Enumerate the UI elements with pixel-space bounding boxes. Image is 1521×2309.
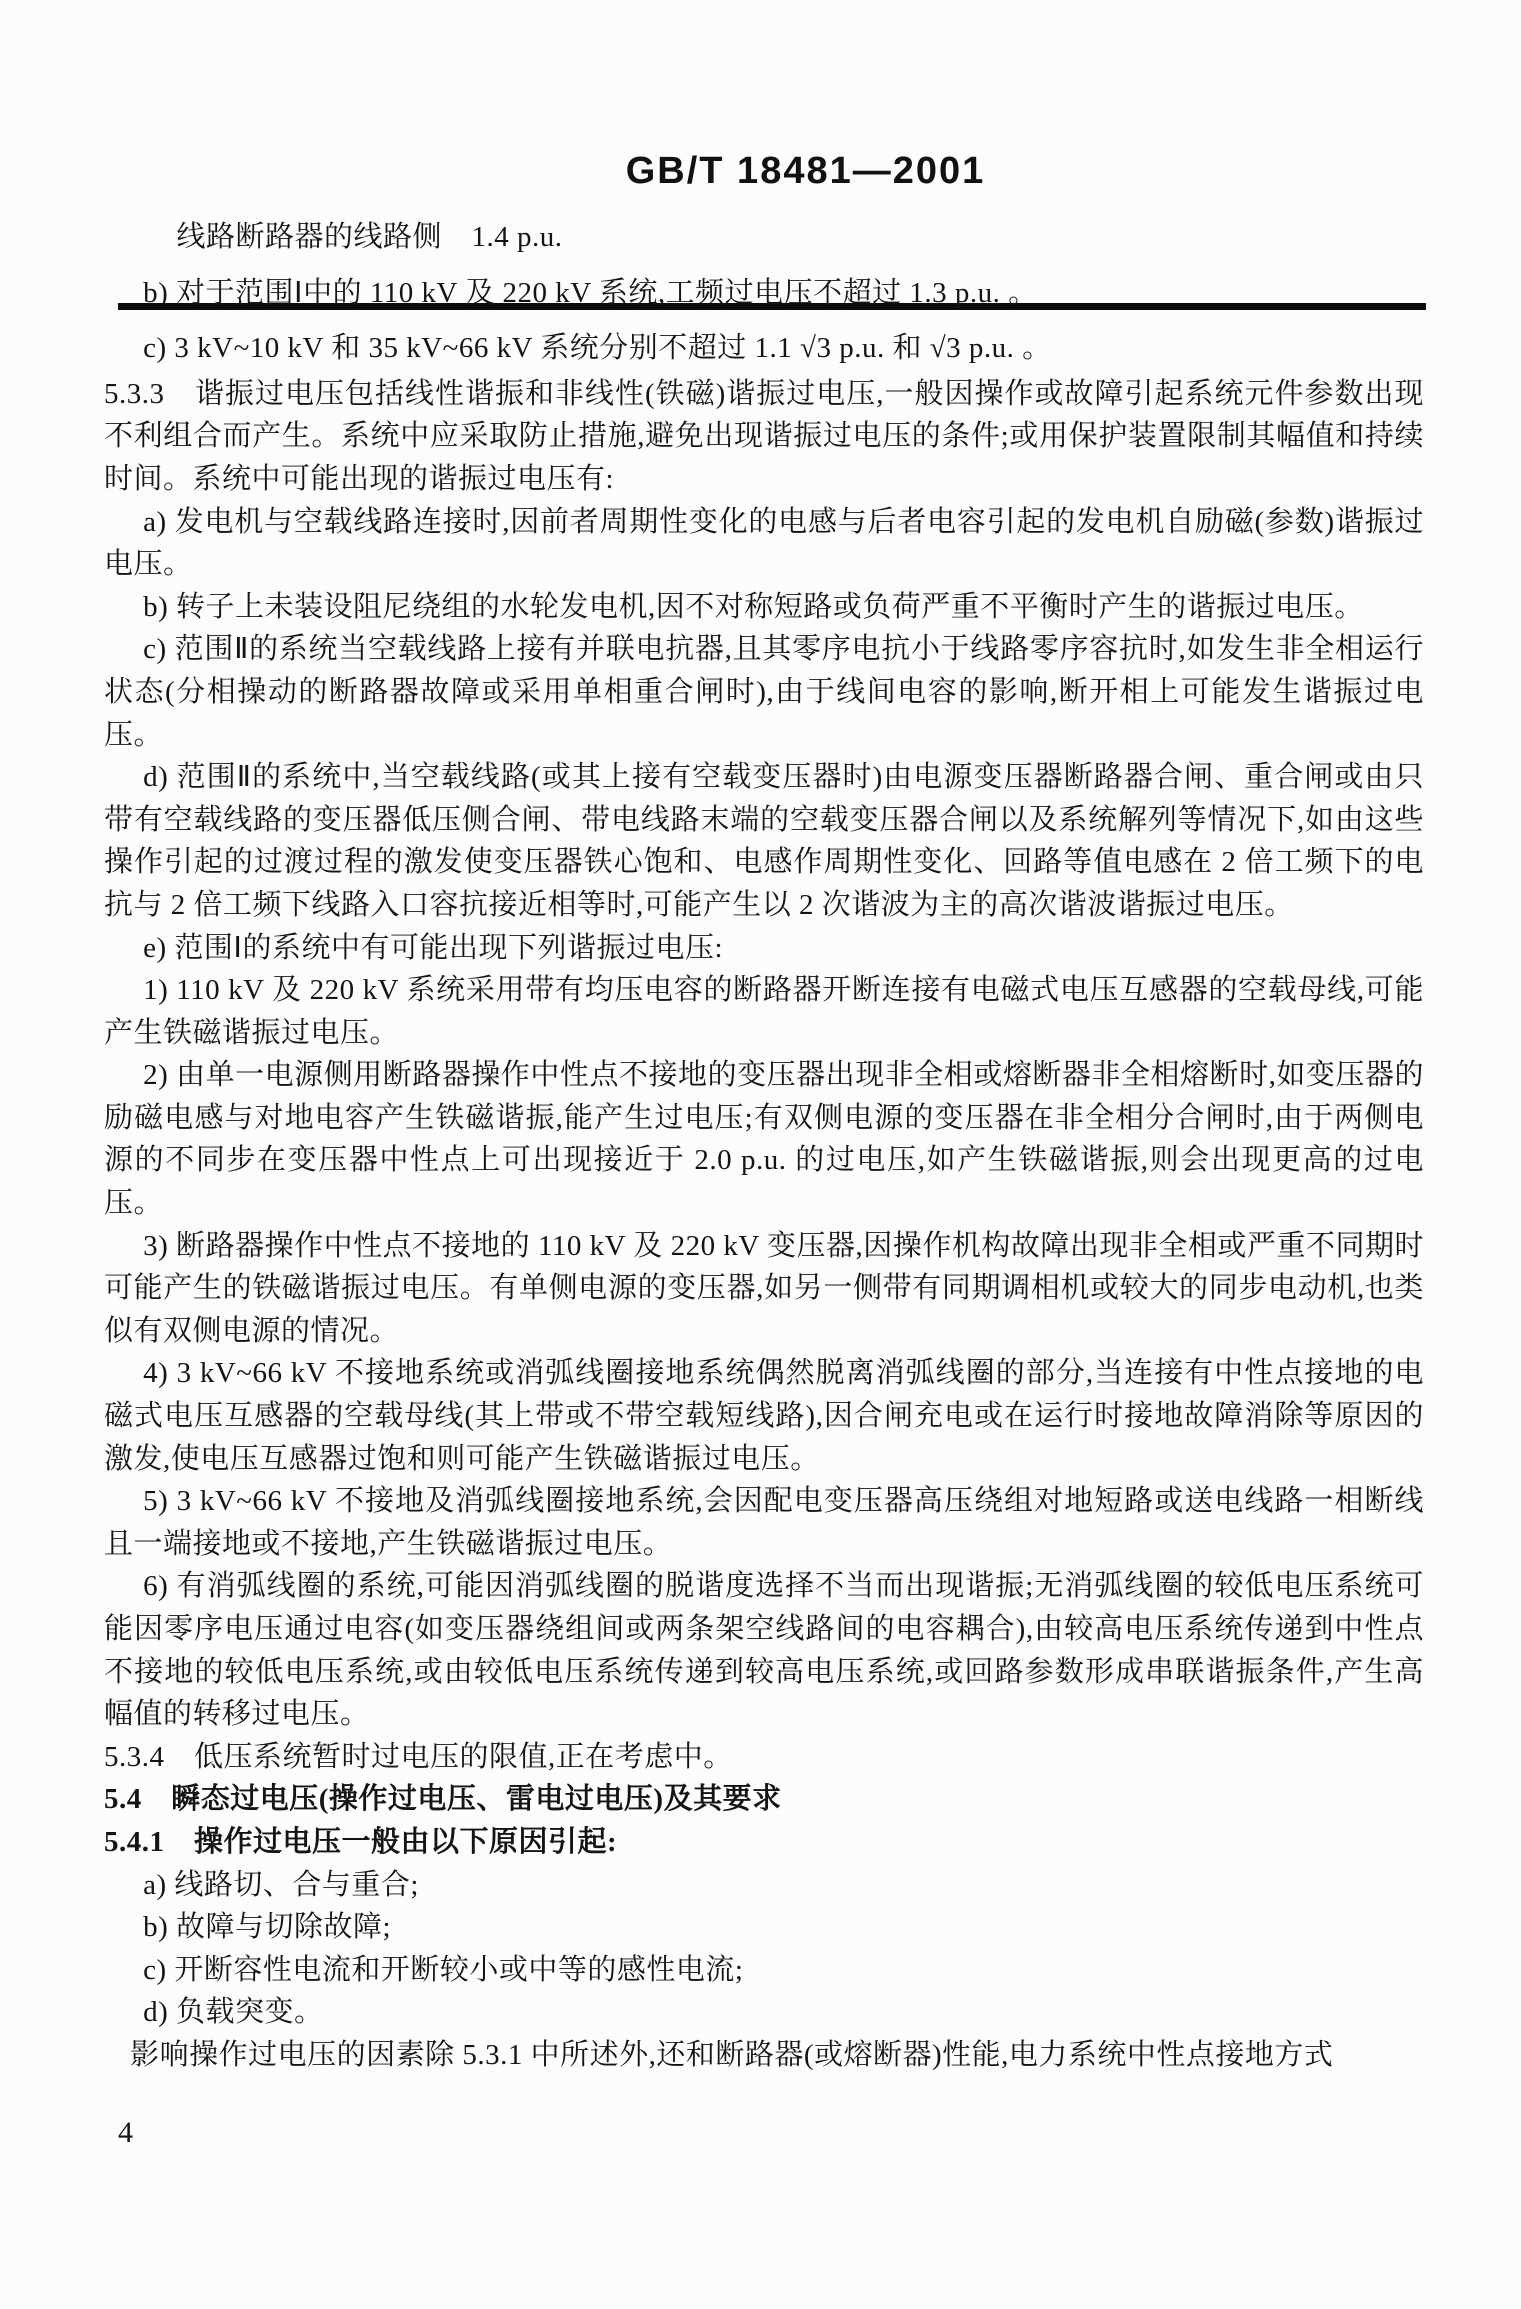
list-item-b: b) 对于范围Ⅰ中的 110 kV 及 220 kV 系统,工频过电压不超过 1…	[104, 272, 1424, 315]
list-item-e: e) 范围Ⅰ的系统中有可能出现下列谐振过电压:	[104, 927, 1424, 970]
page-number: 4	[118, 2116, 133, 2150]
sub-item-2: 2) 由单一电源侧用断路器操作中性点不接地的变压器出现非全相或熔断器非全相熔断时…	[104, 1054, 1424, 1224]
list-item-b: b) 转子上未装设阻尼绕组的水轮发电机,因不对称短路或负荷严重不平衡时产生的谐振…	[104, 586, 1424, 629]
list-item-d: d) 范围Ⅱ的系统中,当空载线路(或其上接有空载变压器时)由电源变压器断路器合闸…	[104, 756, 1424, 926]
list-item-b: b) 故障与切除故障;	[104, 1906, 1424, 1949]
list-item-c: c) 3 kV~10 kV 和 35 kV~66 kV 系统分别不超过 1.1 …	[104, 327, 1424, 370]
document-body: 线路断路器的线路侧 1.4 p.u. b) 对于范围Ⅰ中的 110 kV 及 2…	[104, 216, 1424, 2077]
clause-5-3-4: 5.3.4 低压系统暂时过电压的限值,正在考虑中。	[104, 1736, 1424, 1779]
list-item-a: a) 线路切、合与重合;	[104, 1864, 1424, 1907]
sub-item-6: 6) 有消弧线圈的系统,可能因消弧线圈的脱谐度选择不当而出现谐振;无消弧线圈的较…	[104, 1565, 1424, 1735]
closing-paragraph: 影响操作过电压的因素除 5.3.1 中所述外,还和断路器(或熔断器)性能,电力系…	[104, 2034, 1424, 2077]
sub-item-5: 5) 3 kV~66 kV 不接地及消弧线圈接地系统,会因配电变压器高压绕组对地…	[104, 1480, 1424, 1565]
continuation-line: 线路断路器的线路侧 1.4 p.u.	[104, 216, 1424, 259]
standard-number: GB/T 18481—2001	[45, 150, 1521, 193]
sub-item-3: 3) 断路器操作中性点不接地的 110 kV 及 220 kV 变压器,因操作机…	[104, 1225, 1424, 1353]
document-page: GB/T 18481—2001 线路断路器的线路侧 1.4 p.u. b) 对于…	[0, 0, 1521, 2309]
list-item-c: c) 范围Ⅱ的系统当空载线路上接有并联电抗器,且其零序电抗小于线路零序容抗时,如…	[104, 628, 1424, 756]
clause-5-4-1: 5.4.1 操作过电压一般由以下原因引起:	[104, 1821, 1424, 1864]
clause-5-4: 5.4 瞬态过电压(操作过电压、雷电过电压)及其要求	[104, 1778, 1424, 1821]
sub-item-1: 1) 110 kV 及 220 kV 系统采用带有均压电容的断路器开断连接有电磁…	[104, 969, 1424, 1054]
sub-item-4: 4) 3 kV~66 kV 不接地系统或消弧线圈接地系统偶然脱离消弧线圈的部分,…	[104, 1352, 1424, 1480]
list-item-d: d) 负载突变。	[104, 1991, 1424, 2034]
clause-5-3-3: 5.3.3 谐振过电压包括线性谐振和非线性(铁磁)谐振过电压,一般因操作或故障引…	[104, 373, 1424, 501]
list-item-a: a) 发电机与空载线路连接时,因前者周期性变化的电感与后者电容引起的发电机自励磁…	[104, 501, 1424, 586]
list-item-c: c) 开断容性电流和开断较小或中等的感性电流;	[104, 1949, 1424, 1992]
